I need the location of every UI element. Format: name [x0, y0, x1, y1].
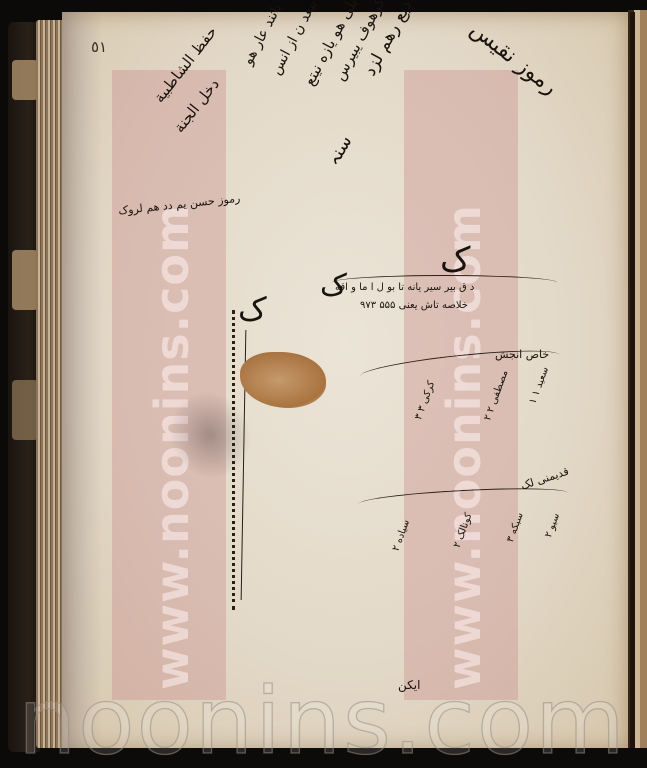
watermark-horizontal: noonins.com — [18, 668, 627, 768]
cover-wear-patch — [12, 380, 38, 440]
block-1-line: خلاصه تاش یعنی ۵۵۵ ۹۷۳ — [360, 300, 468, 311]
large-letter: ک — [440, 240, 470, 280]
binding-thread — [630, 12, 635, 752]
cover-wear-patch — [12, 60, 38, 100]
cover-wear-patch — [12, 250, 38, 310]
manuscript-photo: www.noonins.com www.noonins.com ٥١ رموز … — [0, 0, 647, 768]
gutter-shadow — [62, 12, 102, 750]
block-1-line: د ق بیر سیر یانه تا بو ل ا ما و اقه — [335, 282, 474, 293]
folio-number: ٥١ — [91, 38, 107, 56]
large-letter: ک — [238, 290, 267, 328]
